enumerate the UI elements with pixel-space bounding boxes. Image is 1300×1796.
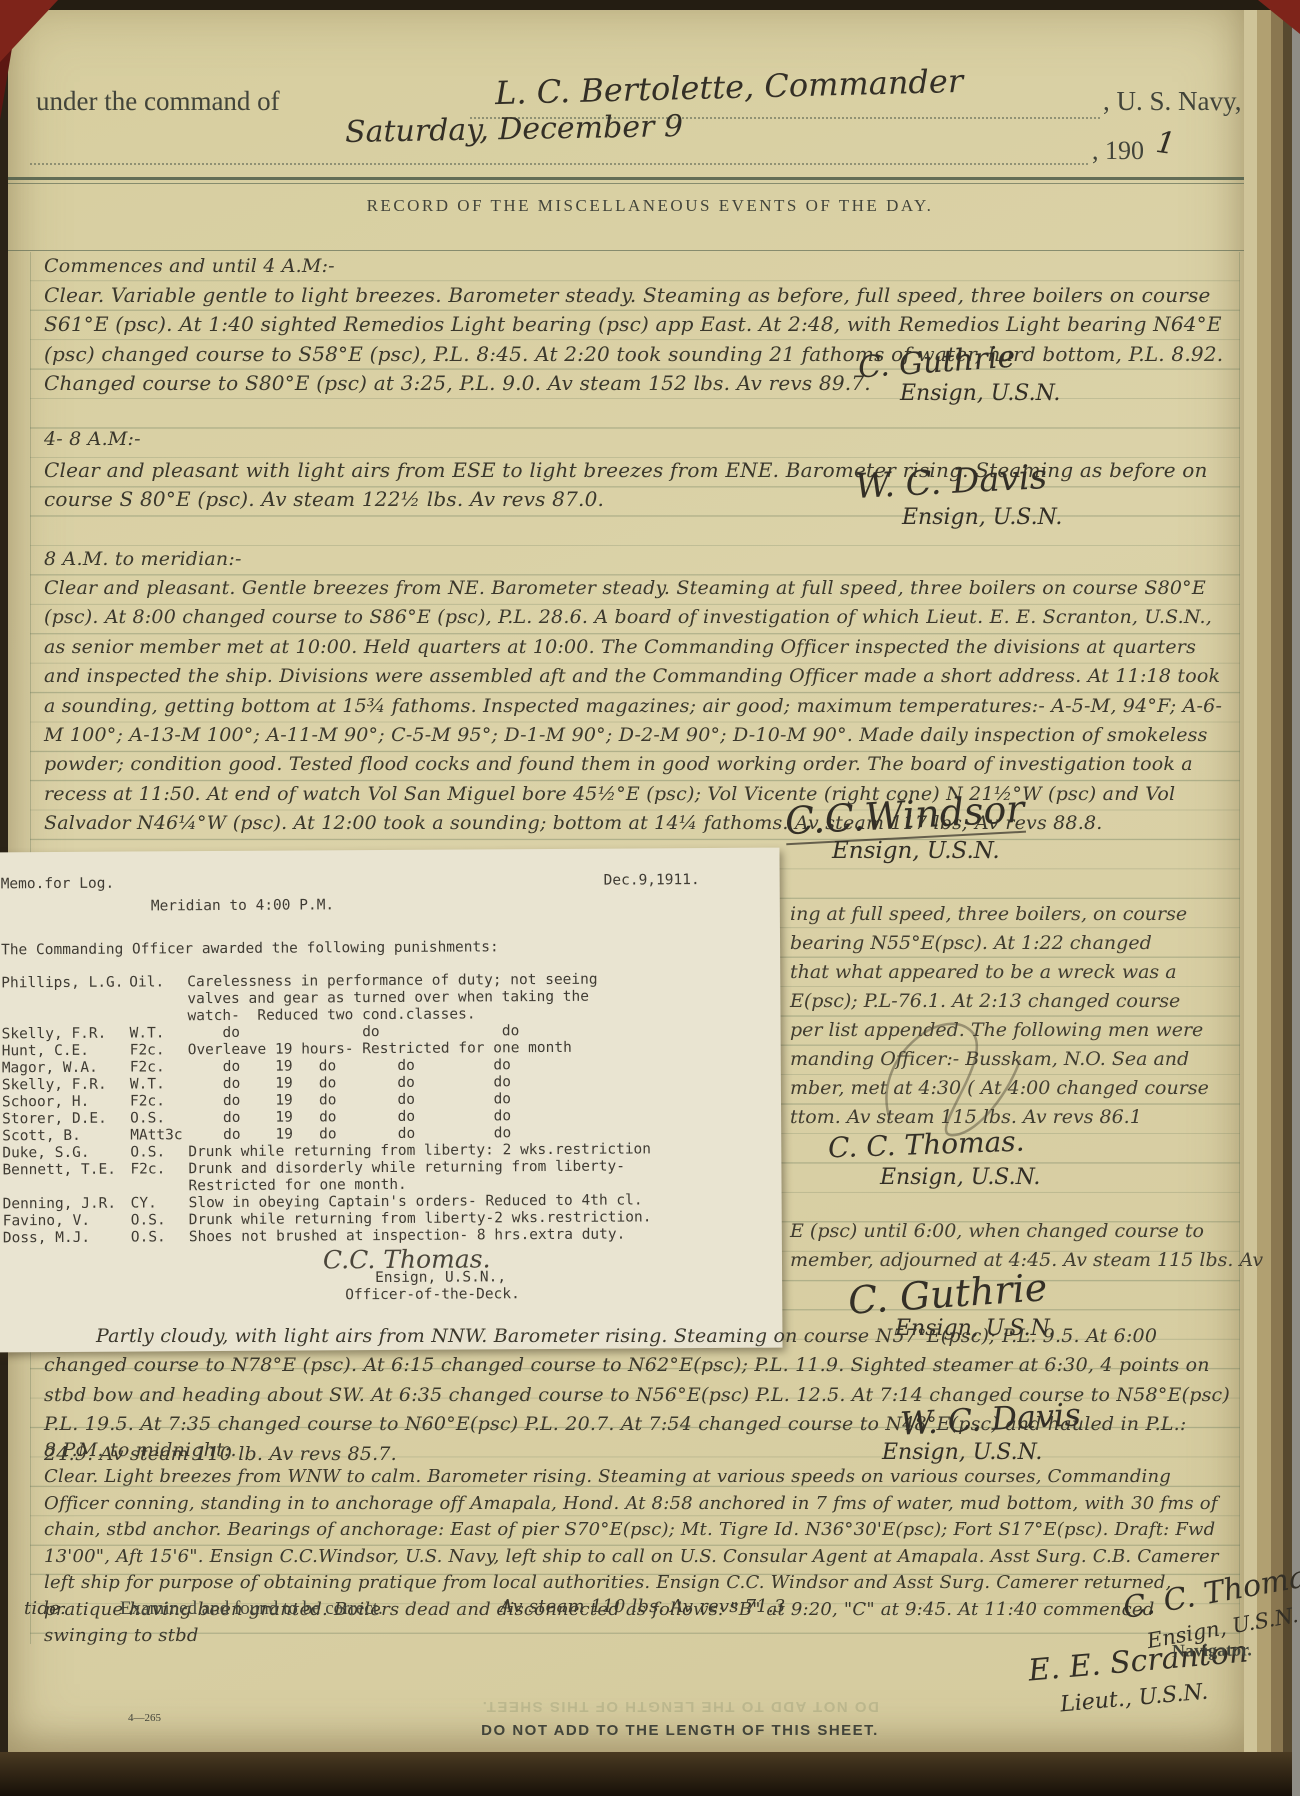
sailor-name: Favino, V. xyxy=(3,1213,131,1231)
sailor-rate: O.S. xyxy=(131,1212,189,1229)
watch3-body: Clear and pleasant. Gentle breezes from … xyxy=(44,574,1232,839)
sailor-name: Scott, B. xyxy=(2,1128,130,1146)
sailor-rate: F2c. xyxy=(130,1093,188,1110)
watch1-heading: Commences and until 4 A.M:- xyxy=(44,252,335,281)
navigator-label: Navigator. xyxy=(1172,1639,1252,1661)
sailor-rate: O.S. xyxy=(131,1229,189,1246)
sailor-name: Bennett, T.E. xyxy=(2,1162,130,1197)
sailor-name: Magor, W.A. xyxy=(2,1060,130,1078)
sailor-rate: F2c. xyxy=(130,1042,188,1059)
watch5-signature-title: Ensign, U.S.N. xyxy=(882,1440,1042,1465)
page-edge-stack xyxy=(1244,6,1257,1766)
table-row: Phillips, L.G.Oil.Carelessness in perfor… xyxy=(1,971,770,1027)
meridian-fragment-line: ing at full speed, three boilers, on cou… xyxy=(790,903,1187,925)
watch2-signature-title: Ensign, U.S.N. xyxy=(902,505,1062,530)
book-cover-edge xyxy=(1283,0,1292,1796)
offense-text: Drunk and disorderly while returning fro… xyxy=(188,1158,771,1196)
memo-subtitle: Meridian to 4:00 P.M. xyxy=(151,895,770,916)
memo-date: Dec.9,1911. xyxy=(604,872,700,890)
command-line-suffix: , U. S. Navy, xyxy=(1103,86,1242,117)
background-surface xyxy=(1292,0,1300,1796)
ink-flourish xyxy=(860,1000,1040,1140)
sailor-name: Denning, J.R. xyxy=(3,1196,131,1214)
watch3-signature-title: Ensign, U.S.N. xyxy=(832,838,1000,864)
page-edge-stack xyxy=(1257,4,1271,1774)
sailor-rate: F2c. xyxy=(130,1059,188,1076)
printed-year: , 190 xyxy=(1092,136,1144,166)
form-leader-line xyxy=(30,162,1088,165)
page-edge-stack xyxy=(1271,0,1283,1796)
sailor-name: Storer, D.E. xyxy=(2,1111,130,1129)
meridian-signature-title: Ensign, U.S.N. xyxy=(880,1165,1040,1190)
punishment-table: Phillips, L.G.Oil.Carelessness in perfor… xyxy=(1,971,772,1248)
sailor-rate: Oil. xyxy=(129,974,187,1025)
sailor-rate: O.S. xyxy=(130,1110,188,1127)
table-row: Bennett, T.E.F2c.Drunk and disorderly wh… xyxy=(2,1158,771,1197)
divider-rule xyxy=(8,183,1244,184)
sailor-name: Duke, S.G. xyxy=(2,1145,130,1163)
memo-signature: C.C. Thomas. xyxy=(323,1249,772,1269)
watch6-heading: 8 P.M. to midnight:. xyxy=(44,1436,237,1465)
command-line-prefix: under the command of xyxy=(36,86,280,117)
binding-shadow-top xyxy=(0,0,1300,10)
meridian-signature: C. C. Thomas. xyxy=(827,1125,1025,1165)
watch2-heading: 4- 8 A.M:- xyxy=(44,425,141,454)
sailor-rate: MAtt3c xyxy=(130,1127,188,1144)
watch6-body-tail: tide. xyxy=(24,1594,66,1623)
bleed-through-text: DO NOT ADD TO THE LENGTH OF THIS SHEET. xyxy=(440,1698,920,1715)
sailor-name: Skelly, F.R. xyxy=(2,1077,130,1095)
date-handwriting: Saturday, December 9 xyxy=(345,109,684,150)
examined-correct-printed: Examined and found to be correct. xyxy=(120,1598,383,1620)
meridian-fragment-line: that what appeared to be a wreck was a xyxy=(790,961,1177,983)
watch3-heading: 8 A.M. to meridian:- xyxy=(44,545,242,574)
afternoon-fragment-line: E (psc) until 6:00, when changed course … xyxy=(790,1220,1204,1242)
memo-signature-role: Officer-of-the-Deck. xyxy=(345,1285,772,1305)
offense-text: Carelessness in performance of duty; not… xyxy=(187,971,770,1026)
form-number: 4—265 xyxy=(128,1712,161,1724)
binding-shadow-bottom xyxy=(0,1752,1292,1796)
page-title: RECORD OF THE MISCELLANEOUS EVENTS OF TH… xyxy=(367,196,934,216)
logbook-page-scan: under the command of L. C. Bertolette, C… xyxy=(0,0,1300,1796)
memo-intro: The Commanding Officer awarded the follo… xyxy=(1,938,770,960)
sailor-rate: W.T. xyxy=(130,1025,188,1042)
sailor-rate: W.T. xyxy=(130,1076,188,1093)
sailor-name: Doss, M.J. xyxy=(3,1230,131,1248)
divider-rule xyxy=(8,250,1244,251)
divider-rule xyxy=(8,177,1244,180)
sailor-rate: F2c. xyxy=(130,1161,188,1195)
watch6-body: Clear. Light breezes from WNW to calm. B… xyxy=(44,1464,1236,1650)
memo-title: Memo.for Log. xyxy=(1,876,115,894)
sailor-rate: O.S. xyxy=(130,1144,188,1161)
sailor-name: Hunt, C.E. xyxy=(2,1043,130,1061)
pasted-memo: Memo.for Log. Dec.9,1911. Meridian to 4:… xyxy=(0,848,783,1353)
sailor-rate: CY. xyxy=(131,1195,189,1212)
sailor-name: Schoor, H. xyxy=(2,1094,130,1112)
average-steam-note: Av steam 110 lbs. Av revs 71.3 xyxy=(500,1592,785,1621)
offense-text: Shoes not brushed at inspection- 8 hrs.e… xyxy=(189,1226,772,1247)
meridian-fragment-line: bearing N55°E(psc). At 1:22 changed xyxy=(790,932,1152,954)
watch1-signature-title: Ensign, U.S.N. xyxy=(900,381,1060,406)
footer-warning: DO NOT ADD TO THE LENGTH OF THIS SHEET. xyxy=(430,1722,930,1739)
sailor-name: Skelly, F.R. xyxy=(2,1026,130,1044)
sailor-name: Phillips, L.G. xyxy=(1,975,129,1027)
